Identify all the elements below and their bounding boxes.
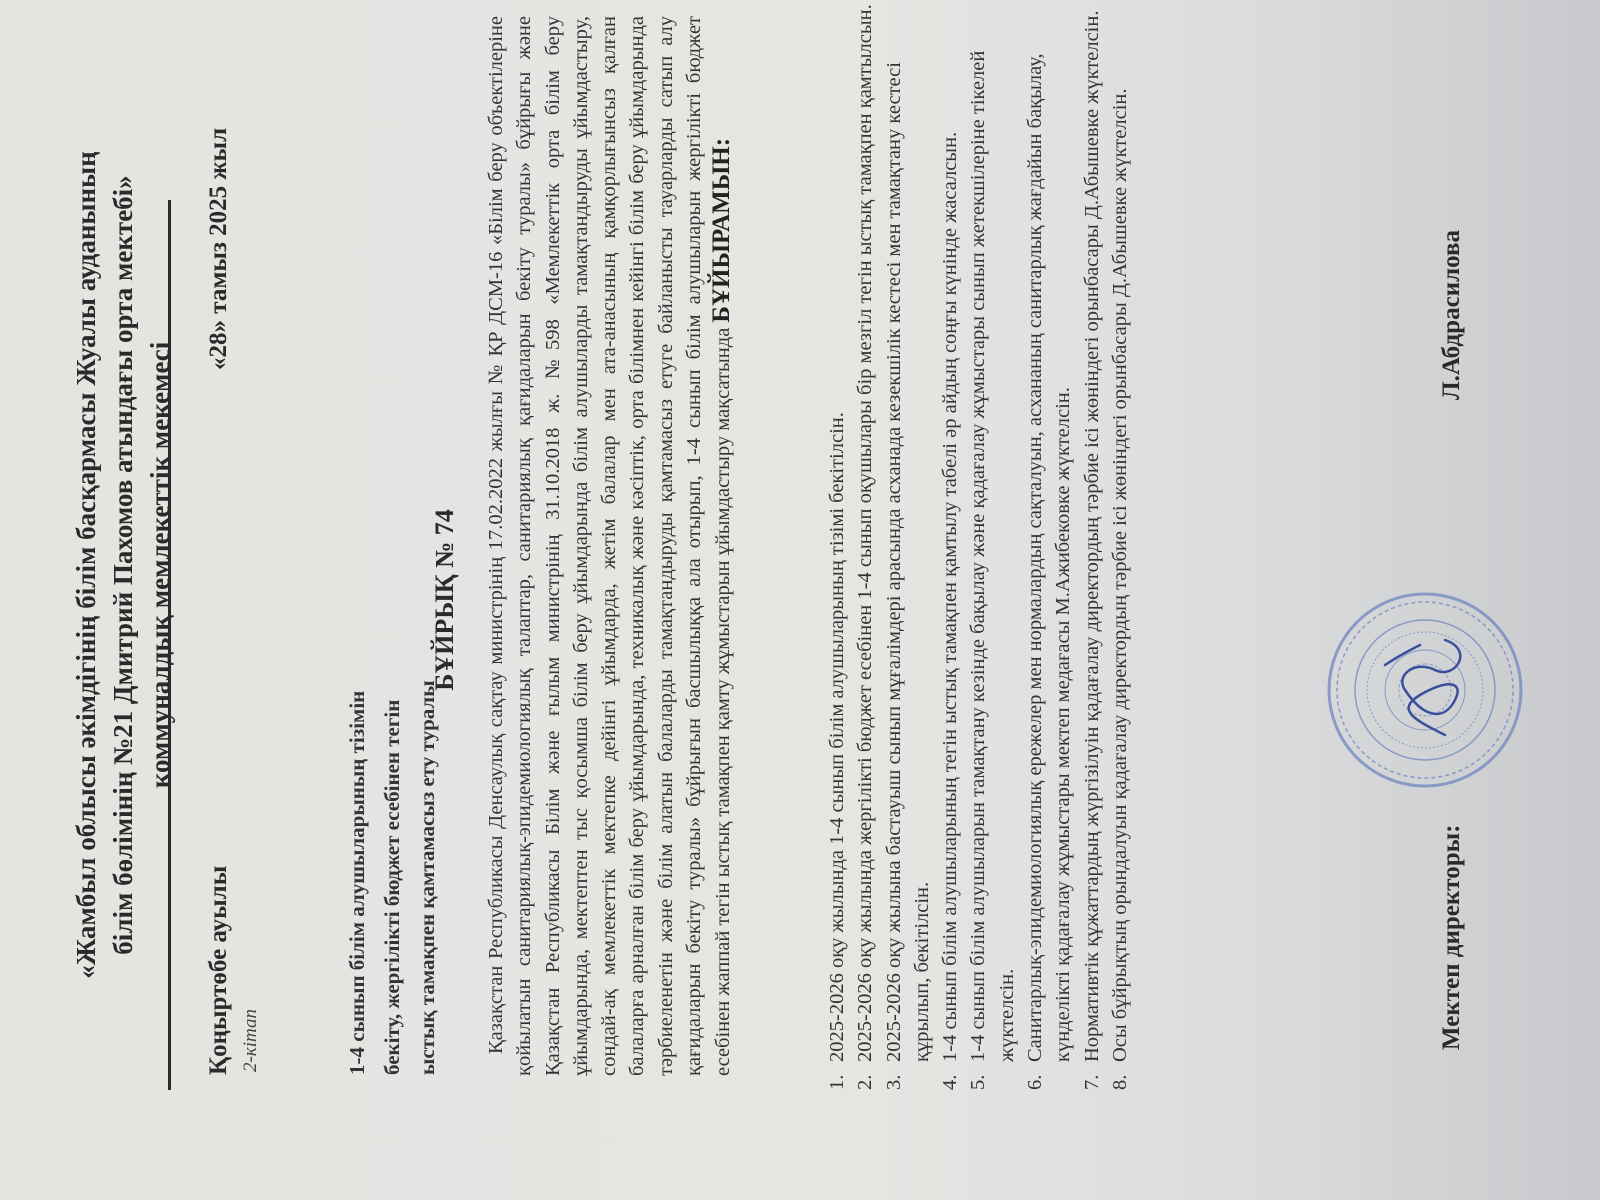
order-item-text: 1-4 сынып білім алушыларының тегін ыстық… (939, 132, 961, 1062)
order-item: 7.Нормативтік құжаттардың жүргізілуін қа… (1078, 0, 1106, 1090)
signature-scribble-icon (1385, 640, 1460, 735)
order-item: 4.1-4 сынып білім алушыларының тегін ыст… (936, 0, 964, 1090)
order-item-number: 3. (880, 1075, 908, 1090)
subject-line-1: 1-4 сынып білім алушыларының тізімін (340, 680, 375, 1075)
document-page: «Жамбыл облысы әкімдігінің білім басқарм… (0, 0, 1600, 1200)
order-item: 6.Санитарлық-эпидемиологиялық ережелер м… (1021, 0, 1078, 1090)
seal-stamp-icon (1325, 590, 1525, 790)
order-item-text: 2025-2026 оқу жылында 1-4 сынып білім ал… (826, 412, 848, 1062)
order-item-number: 8. (1106, 1075, 1134, 1090)
order-item: 3.2025-2026 оқу жылына бастауыш сынып мұ… (880, 0, 937, 1090)
order-item: 1.2025-2026 оқу жылында 1-4 сынып білім … (823, 0, 851, 1090)
preamble-text: Қазақстан Республикасы Денсаулық сақтау … (485, 16, 734, 1076)
order-item-text: Санитарлық-эпидемиологиялық ережелер мен… (1024, 53, 1074, 1062)
signature-name: Л.Абдрасилова (1438, 230, 1466, 400)
order-item-number: 2. (851, 1075, 879, 1090)
order-item-text: 2025-2026 оқу жылында жергілікті бюджет … (854, 4, 876, 1062)
order-item-number: 5. (964, 1075, 992, 1090)
order-item-text: Осы бұйрықтың орындалуын қадағалау дирек… (1109, 89, 1131, 1062)
header-line-2: білім бөлімінің №21 Дмитрий Пахомов атын… (105, 50, 142, 1080)
order-item-number: 4. (936, 1075, 964, 1090)
order-item-number: 7. (1078, 1075, 1106, 1090)
place-name: Қоңыртөбе ауылы (205, 866, 233, 1075)
order-title: БҰЙРЫҚ № 74 (430, 0, 460, 1200)
order-item-number: 1. (823, 1075, 851, 1090)
institution-header: «Жамбыл облысы әкімдігінің білім басқарм… (68, 50, 179, 1080)
order-item: 5.1-4 сынып білім алушыларын тамақтану к… (964, 0, 1021, 1090)
subject-line-2: бекіту, жергілікті бюджет есебінен тегін (375, 680, 410, 1075)
signature-role: Мектеп директоры: (1438, 825, 1466, 1050)
order-item-text: 2025-2026 оқу жылына бастауыш сынып мұға… (883, 62, 933, 1062)
order-item-number: 6. (1021, 1075, 1049, 1090)
decree-word: БҰЙЫРАМЫН: (708, 138, 735, 323)
header-divider (168, 200, 171, 1090)
order-item-text: Нормативтік құжаттардың жүргізілуін қада… (1081, 11, 1103, 1062)
book-label: 2-кітап (240, 1009, 262, 1072)
order-items-list: 1.2025-2026 оқу жылында 1-4 сынып білім … (823, 0, 1134, 1090)
header-line-1: «Жамбыл облысы әкімдігінің білім басқарм… (68, 50, 105, 1080)
order-item: 2.2025-2026 оқу жылында жергілікті бюдже… (851, 0, 879, 1090)
order-item: 8.Осы бұйрықтың орындалуын қадағалау дир… (1106, 0, 1134, 1090)
header-line-3: коммуналдық мемлекеттік мекемесі (142, 50, 179, 1080)
order-date: «28» тамыз 2025 жыл (205, 128, 233, 370)
order-item-text: 1-4 сынып білім алушыларын тамақтану кез… (967, 51, 1017, 1062)
preamble-paragraph: Қазақстан Республикасы Денсаулық сақтау … (482, 16, 738, 1076)
